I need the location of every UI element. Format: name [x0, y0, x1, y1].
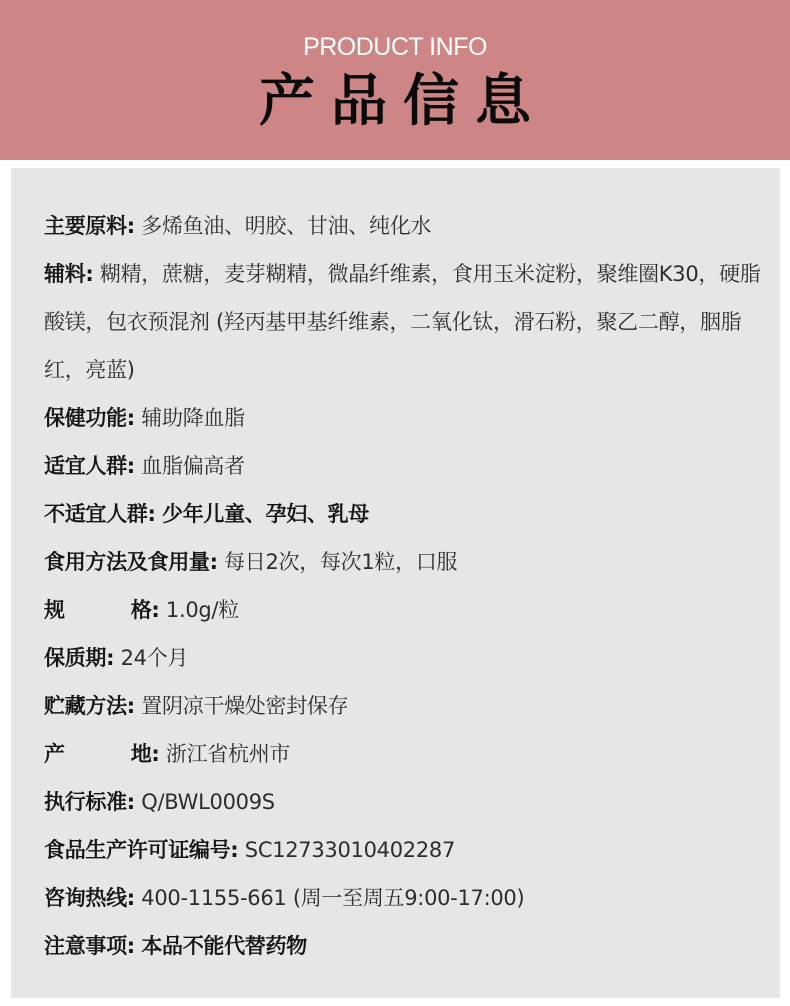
row-value: SC12733010402287	[245, 838, 455, 862]
row-label: 食用方法及食用量:	[44, 550, 218, 574]
info-row-standard: 执行标准: Q/BWL0009S	[44, 778, 774, 826]
row-label-part: 格:	[131, 598, 160, 622]
row-value: 1.0g/粒	[166, 598, 239, 622]
info-row-main-ingredients: 主要原料: 多烯鱼油、明胶、甘油、纯化水	[44, 202, 774, 250]
row-value: 辅助降血脂	[141, 406, 245, 430]
info-list: 主要原料: 多烯鱼油、明胶、甘油、纯化水 辅料: 糊精，蔗糖，麦芽糊精，微晶纤维…	[44, 202, 774, 970]
info-row-origin: 产地: 浙江省杭州市	[44, 730, 774, 778]
row-value: 400-1155-661 (周一至周五9:00-17:00)	[141, 886, 524, 910]
row-label: 主要原料:	[44, 214, 135, 238]
row-label: 保健功能:	[44, 406, 135, 430]
page-title: 产品信息	[0, 62, 790, 142]
info-row-hotline: 咨询热线: 400-1155-661 (周一至周五9:00-17:00)	[44, 874, 774, 922]
info-row-shelf-life: 保质期: 24个月	[44, 634, 774, 682]
row-value: 血脂偏高者	[141, 454, 245, 478]
info-row-health-function: 保健功能: 辅助降血脂	[44, 394, 774, 442]
row-label-part: 产	[44, 742, 65, 766]
info-row-excipients: 辅料: 糊精，蔗糖，麦芽糊精，微晶纤维素，食用玉米淀粉，聚维圈K30，硬脂酸镁，…	[44, 250, 774, 394]
row-value: 24个月	[121, 646, 189, 670]
info-row-storage: 贮藏方法: 置阴凉干燥处密封保存	[44, 682, 774, 730]
info-row-specification: 规格: 1.0g/粒	[44, 586, 774, 634]
row-label: 规格:	[44, 586, 160, 634]
row-label: 注意事项:	[44, 934, 135, 958]
row-label: 适宜人群:	[44, 454, 135, 478]
header-subtitle: PRODUCT INFO	[0, 33, 790, 62]
row-label: 辅料:	[44, 262, 94, 286]
row-value: 每日2次，每次1粒，口服	[224, 550, 457, 574]
info-row-notice: 注意事项: 本品不能代替药物	[44, 922, 774, 970]
info-row-license-number: 食品生产许可证编号: SC12733010402287	[44, 826, 774, 874]
info-row-suitable-people: 适宜人群: 血脂偏高者	[44, 442, 774, 490]
product-info-panel: 主要原料: 多烯鱼油、明胶、甘油、纯化水 辅料: 糊精，蔗糖，麦芽糊精，微晶纤维…	[11, 168, 780, 998]
row-label: 贮藏方法:	[44, 694, 135, 718]
info-row-unsuitable-people: 不适宜人群: 少年儿童、孕妇、乳母	[44, 490, 774, 538]
row-value: Q/BWL0009S	[141, 790, 275, 814]
row-value: 少年儿童、孕妇、乳母	[162, 502, 369, 526]
row-label-part: 地:	[131, 742, 160, 766]
row-value: 浙江省杭州市	[166, 742, 290, 766]
row-value: 多烯鱼油、明胶、甘油、纯化水	[141, 214, 431, 238]
row-label: 保质期:	[44, 646, 114, 670]
row-label: 食品生产许可证编号:	[44, 838, 238, 862]
header-banner: PRODUCT INFO 产品信息	[0, 0, 790, 160]
row-label: 不适宜人群:	[44, 502, 156, 526]
row-label: 咨询热线:	[44, 886, 135, 910]
info-row-usage-dosage: 食用方法及食用量: 每日2次，每次1粒，口服	[44, 538, 774, 586]
row-label: 产地:	[44, 730, 160, 778]
row-label: 执行标准:	[44, 790, 135, 814]
row-value: 糊精，蔗糖，麦芽糊精，微晶纤维素，食用玉米淀粉，聚维圈K30，硬脂酸镁，包衣预混…	[44, 262, 760, 382]
row-value: 本品不能代替药物	[141, 934, 307, 958]
row-label-part: 规	[44, 598, 65, 622]
row-value: 置阴凉干燥处密封保存	[141, 694, 348, 718]
